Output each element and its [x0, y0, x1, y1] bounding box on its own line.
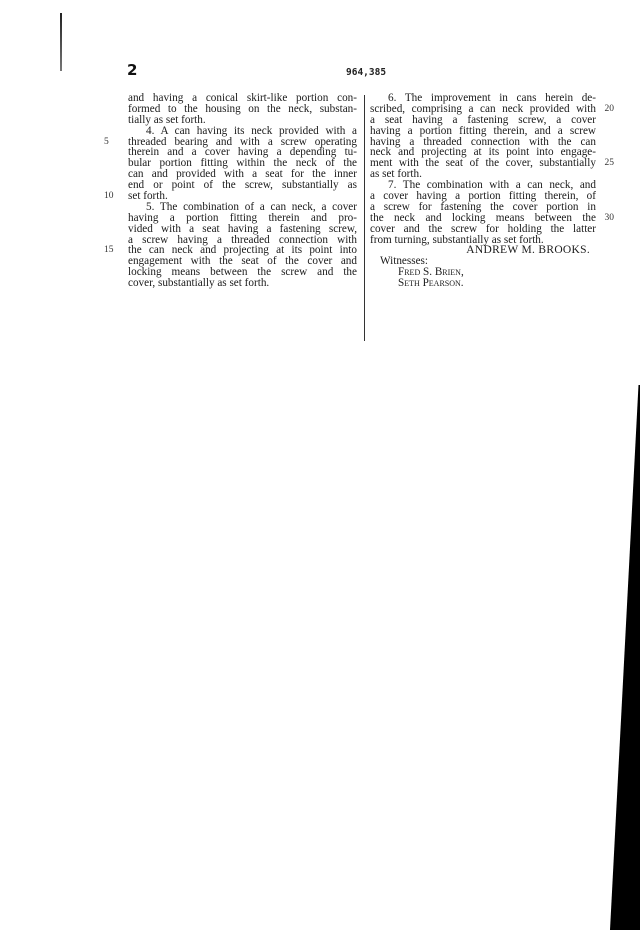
- line-text: from turning, substantially as set forth…: [370, 234, 544, 246]
- scan-edge-mark: [60, 13, 62, 71]
- page-number: 2: [127, 61, 137, 79]
- scan-edge-shadow: [610, 385, 640, 930]
- witness-name: Seth Pearson.: [370, 278, 596, 289]
- left-column: and having a conical skirt-like portion …: [128, 93, 357, 289]
- text-line: from turning, substantially as set forth…: [370, 235, 596, 246]
- line-number: 20: [605, 104, 615, 115]
- text-line: cover, substantially as set forth.: [128, 278, 357, 289]
- line-number: 5: [104, 137, 109, 148]
- line-number: 15: [104, 245, 114, 256]
- line-number: 10: [104, 191, 114, 202]
- line-number: 30: [605, 213, 615, 224]
- line-text: cover, substantially as set forth.: [128, 277, 269, 289]
- patent-number: 964,385: [346, 67, 386, 78]
- line-number: 25: [605, 158, 615, 169]
- right-column: 6. The improvement in cans herein de-scr…: [370, 93, 596, 289]
- column-divider: [364, 95, 365, 341]
